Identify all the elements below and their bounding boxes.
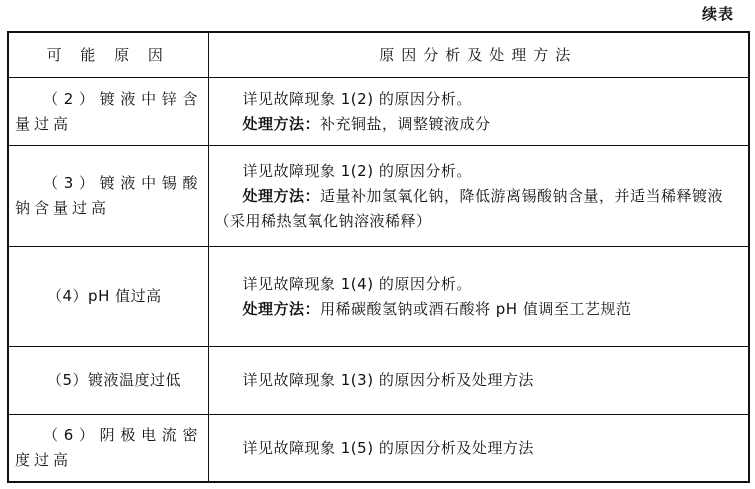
analysis-cell: 详见故障现象 1(4) 的原因分析。 处理方法：用稀碳酸氢钠或酒石酸将 pH 值…: [208, 247, 749, 347]
analysis-cell: 详见故障现象 1(2) 的原因分析。 处理方法：补充铜盐，调整镀液成分: [208, 78, 749, 146]
analysis-text: 详见故障现象 1(2) 的原因分析。: [215, 87, 743, 112]
cause-cell: （4）pH 值过高: [8, 247, 208, 347]
cause-cell: （3）镀液中锡酸钠含量过高: [8, 146, 208, 247]
table-row: （5）镀液温度过低 详见故障现象 1(3) 的原因分析及处理方法: [8, 347, 749, 415]
table-row: （4）pH 值过高 详见故障现象 1(4) 的原因分析。 处理方法：用稀碳酸氢钠…: [8, 247, 749, 347]
treatment-paragraph: 处理方法：适量补加氢氧化钠，降低游离锡酸钠含量，并适当稀释镀液（采用稀热氢氧化钠…: [215, 184, 743, 234]
table-row: （2）镀液中锌含量过高 详见故障现象 1(2) 的原因分析。 处理方法：补充铜盐…: [8, 78, 749, 146]
analysis-text: 详见故障现象 1(5) 的原因分析及处理方法: [215, 436, 743, 461]
analysis-text: 详见故障现象 1(3) 的原因分析及处理方法: [215, 368, 743, 393]
treatment-paragraph: 处理方法：补充铜盐，调整镀液成分: [215, 112, 743, 137]
table-row: （3）镀液中锡酸钠含量过高 详见故障现象 1(2) 的原因分析。 处理方法：适量…: [8, 146, 749, 247]
analysis-text: 详见故障现象 1(2) 的原因分析。: [215, 159, 743, 184]
header-possible-cause: 可 能 原 因: [8, 32, 208, 78]
treatment-label: 处理方法：: [243, 187, 321, 205]
treatment-paragraph: 处理方法：用稀碳酸氢钠或酒石酸将 pH 值调至工艺规范: [215, 297, 743, 322]
analysis-cell: 详见故障现象 1(3) 的原因分析及处理方法: [208, 347, 749, 415]
table-row: （6）阴极电流密度过高 详见故障现象 1(5) 的原因分析及处理方法: [8, 415, 749, 483]
fault-cause-table: 可 能 原 因 原因分析及处理方法 （2）镀液中锌含量过高 详见故障现象 1(2…: [7, 31, 750, 483]
treatment-label: 处理方法：: [243, 300, 321, 318]
analysis-text: 详见故障现象 1(4) 的原因分析。: [215, 272, 743, 297]
treatment-text: 用稀碳酸氢钠或酒石酸将 pH 值调至工艺规范: [320, 300, 631, 318]
cause-cell: （2）镀液中锌含量过高: [8, 78, 208, 146]
table-header-row: 可 能 原 因 原因分析及处理方法: [8, 32, 749, 78]
analysis-cell: 详见故障现象 1(2) 的原因分析。 处理方法：适量补加氢氧化钠，降低游离锡酸钠…: [208, 146, 749, 247]
analysis-cell: 详见故障现象 1(5) 的原因分析及处理方法: [208, 415, 749, 483]
cause-cell: （5）镀液温度过低: [8, 347, 208, 415]
treatment-label: 处理方法：: [243, 115, 321, 133]
cause-cell: （6）阴极电流密度过高: [8, 415, 208, 483]
table-continued-caption: 续表: [702, 3, 734, 24]
header-analysis-and-method: 原因分析及处理方法: [208, 32, 749, 78]
treatment-text: 补充铜盐，调整镀液成分: [320, 115, 491, 133]
